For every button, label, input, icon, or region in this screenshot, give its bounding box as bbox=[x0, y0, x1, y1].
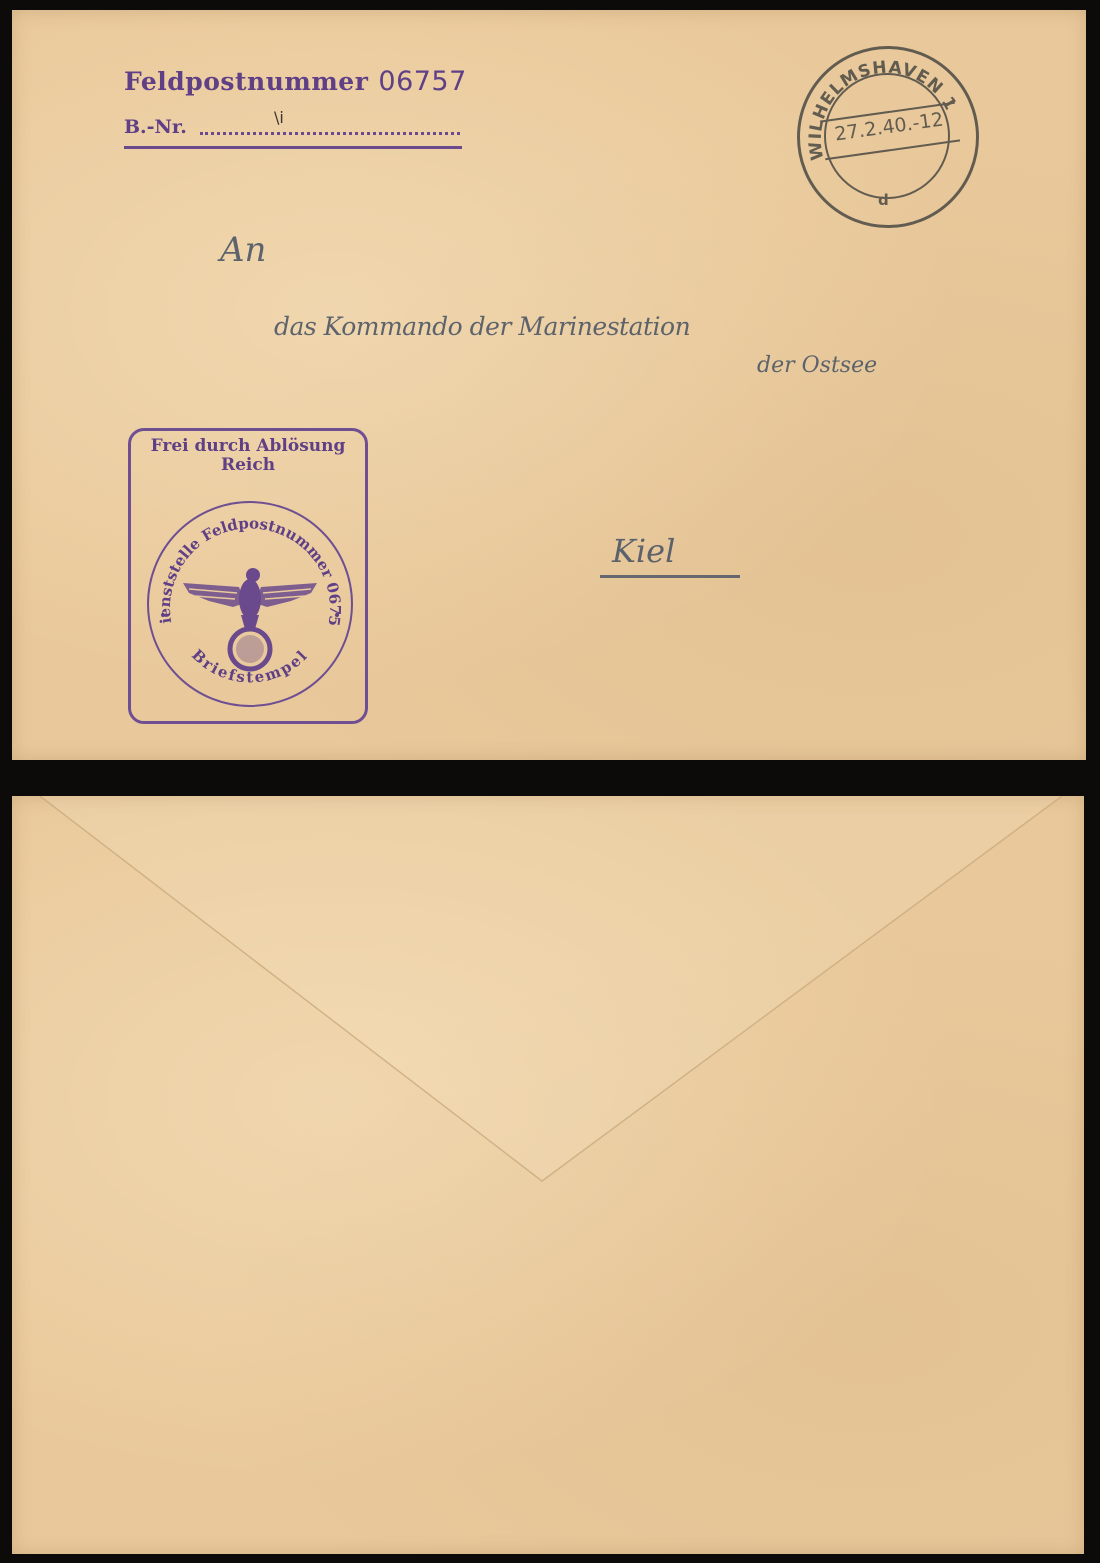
envelope-flap bbox=[12, 796, 1084, 1554]
stamp-header: Frei durch Ablösung Reich bbox=[131, 437, 365, 475]
bnr-underline bbox=[124, 146, 462, 149]
address-city-underline bbox=[600, 575, 740, 578]
postmark-sub-letter: d bbox=[878, 191, 889, 209]
header-title-number: 06757 bbox=[378, 66, 466, 97]
address-line-2: der Ostsee bbox=[757, 353, 877, 378]
address-salutation: An bbox=[220, 230, 266, 270]
envelope-front: Feldpostnummer06757 B.-Nr. \i 27.2.40.-1… bbox=[12, 10, 1086, 760]
stamp-line-1: Frei durch Ablösung bbox=[131, 437, 365, 456]
address-line-1: das Kommando der Marinestation bbox=[274, 312, 690, 341]
official-stamp: Frei durch Ablösung Reich Dienststelle F… bbox=[128, 428, 368, 724]
postmark-city: WILHELMSHAVEN 1 bbox=[805, 58, 960, 162]
bnr-value: \i bbox=[274, 108, 284, 127]
stamp-line-2: Reich bbox=[131, 456, 365, 475]
svg-text:WILHELMSHAVEN 1: WILHELMSHAVEN 1 bbox=[805, 58, 960, 162]
bnr-dotted-line bbox=[200, 132, 460, 135]
stamp-circle: Dienststelle Feldpostnummer 06757 Briefs… bbox=[147, 501, 353, 707]
address-city: Kiel bbox=[612, 532, 675, 570]
postmark: 27.2.40.-12 WILHELMSHAVEN 1 d bbox=[797, 46, 979, 228]
feldpost-header: Feldpostnummer06757 bbox=[124, 66, 467, 97]
stamp-ring-text: Dienststelle Feldpostnummer 06757 Briefs… bbox=[149, 503, 351, 705]
envelope-back bbox=[12, 796, 1084, 1554]
bnr-field: B.-Nr. \i bbox=[124, 110, 462, 150]
bnr-label: B.-Nr. bbox=[124, 116, 187, 138]
header-title-word: Feldpostnummer bbox=[124, 67, 368, 96]
